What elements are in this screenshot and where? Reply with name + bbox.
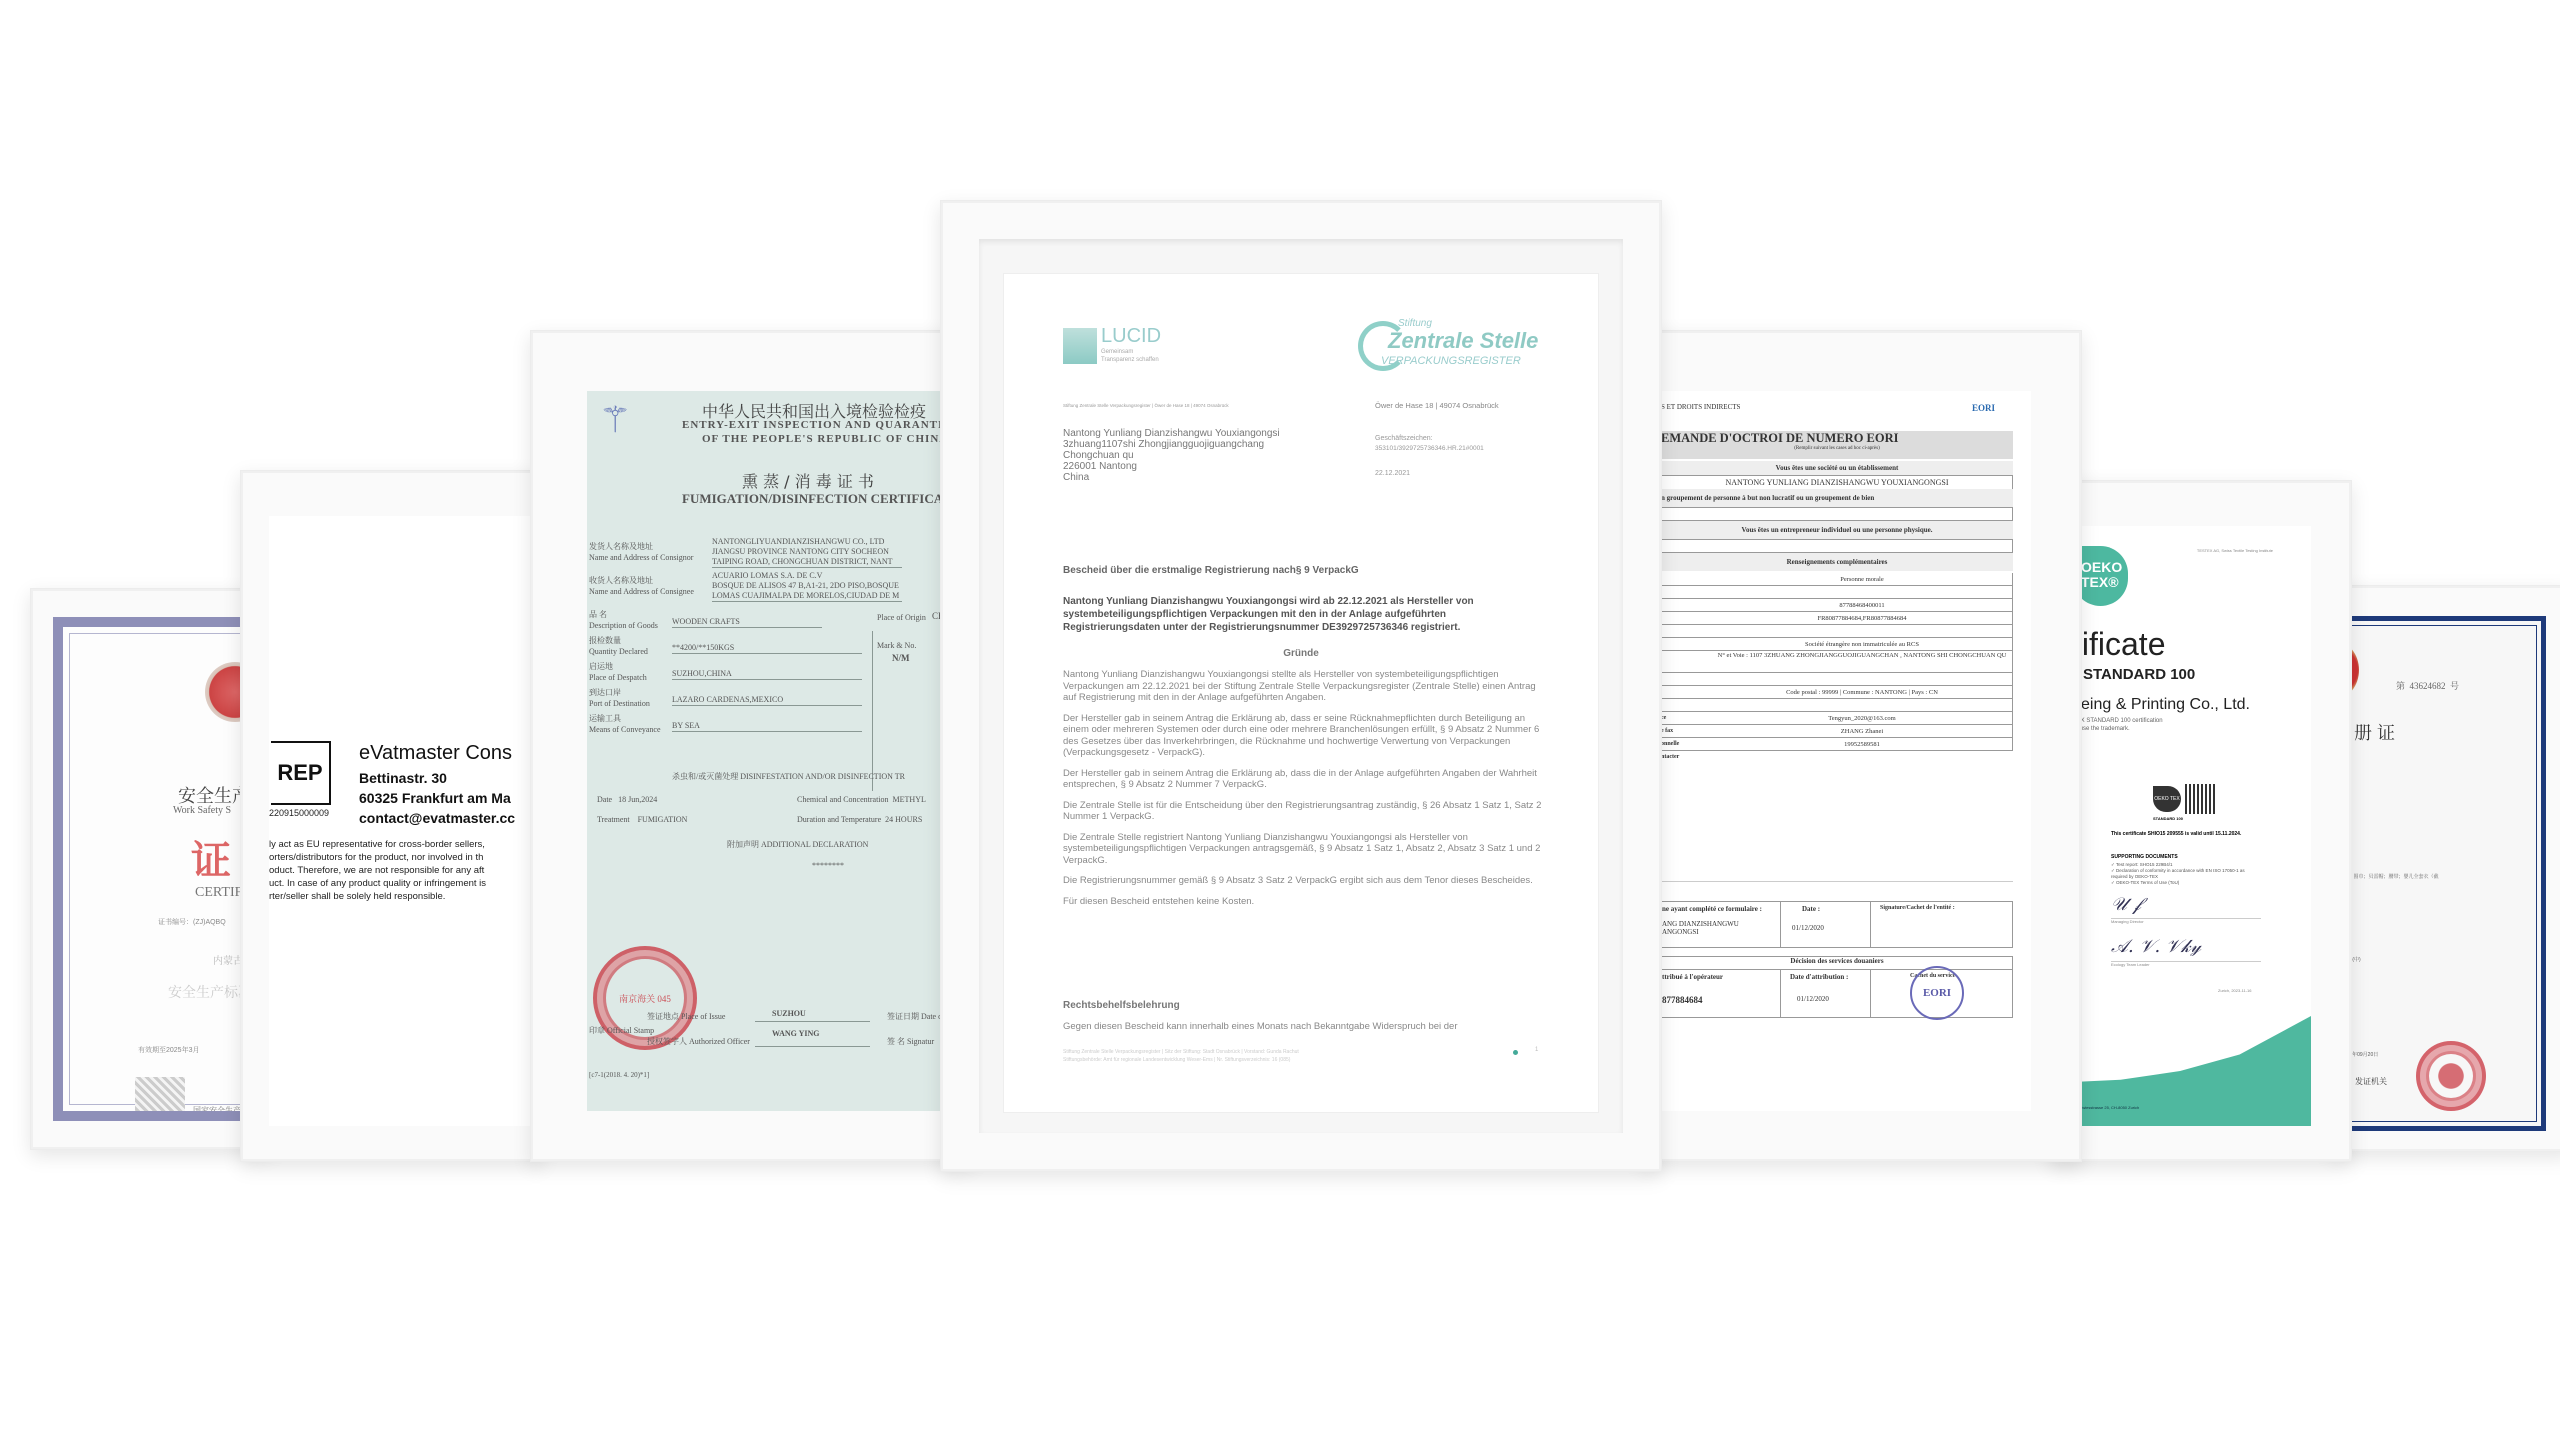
rep-disclaimer: ly act as EU representative for cross-bo… — [269, 838, 486, 903]
eori-row — [1661, 586, 2013, 599]
eori-row: Code postal : 99999 | Commune : NANTONG … — [1661, 686, 2013, 699]
address-line: China — [1063, 472, 1280, 483]
trademark-issuer: 发证机关 — [2355, 1076, 2387, 1087]
eori-logo: EORI — [1972, 403, 1995, 413]
office-address: Öwer de Hase 18 | 49074 Osnabrück — [1375, 401, 1499, 410]
frame-oeko-tex-certificate: OEKO TEX® TESTEX AG, Swiss Textile Testi… — [2050, 480, 2352, 1162]
eori-side-label: ce — [1661, 712, 1679, 725]
field-value: BY SEA — [672, 721, 862, 732]
eu-rep-label: REP 220915000009 eVatmaster Cons Bettina… — [269, 516, 541, 1126]
field-value: ACUARIO LOMAS S.A. DE C.VBOSQUE DE ALISO… — [712, 571, 902, 602]
ref-label: Geschäftszeichen: — [1375, 435, 1433, 442]
chemical-value: METHYL — [893, 795, 926, 804]
oeko-small-standard: STANDARD 100 — [2153, 816, 2183, 821]
officer-value: WANG YING — [772, 1029, 819, 1038]
reason-paragraph: Für diesen Bescheid entstehen keine Kost… — [1063, 896, 1548, 908]
reason-paragraph: Nantong Yunliang Dianzishangwu Youxiango… — [1063, 669, 1548, 704]
oeko-footer: Bandwiesstrasse 25, CH-8050 Zurich — [2073, 1105, 2139, 1110]
frame-trademark-registration: 第 43624682 号 注 册 证 hee 25） （服装）；围巾；贝雷帽；腰… — [2330, 585, 2560, 1152]
field-value: LAZARO CARDENAS,MEXICO — [672, 695, 862, 706]
date-label: Date — [597, 795, 612, 804]
field-label-cn: 发货人名称及地址 — [589, 541, 653, 552]
qr-code-icon — [135, 1077, 185, 1121]
remedy-heading: Rechtsbehelfsbelehrung — [1063, 1000, 1180, 1011]
reason-paragraph: Der Hersteller gab in seinem Antrag die … — [1063, 713, 1548, 759]
official-stamp-label: 印章 Official Stamp — [589, 1025, 654, 1036]
field-label-en: Quantity Declared — [589, 647, 648, 656]
signature-2: 𝒜. 𝒱. 𝒱𝓀𝓎 — [2111, 936, 2201, 957]
form-code: [c7-1(2018. 4. 20)*1] — [589, 1071, 649, 1079]
field-label-en: Means of Conveyance — [589, 725, 661, 734]
tagline-line: Gemeinsam — [1101, 348, 1159, 356]
mark-value: N/M — [892, 653, 910, 663]
cert-number: 证书编号：(ZJ)AQBQ — [158, 917, 226, 927]
supporting-heading: SUPPORTING DOCUMENTS — [2111, 854, 2178, 860]
field-value: SUZHOU,CHINA — [672, 669, 862, 680]
org-en2: OF THE PEOPLE'S REPUBLIC OF CHINA — [702, 433, 948, 445]
eori-row: N° et Voie : 1107 3ZHUANG ZHONGJIANGGUOJ… — [1661, 651, 2013, 673]
eori-row: Société étrangère non immatriculée au RC… — [1661, 638, 2013, 651]
eori-row: FR80877884684,FR80877884684 — [1661, 612, 2013, 625]
field-label-en: Name and Address of Consignor — [589, 553, 693, 562]
lucid-logo: LUCID — [1101, 325, 1161, 348]
additional-declaration: 附加声明 ADDITIONAL DECLARATION — [727, 839, 868, 850]
eori-stamp: EORI — [1910, 966, 1964, 1020]
supporting-list: ✓ Test report: SHO15 229B4/1✓ Declaratio… — [2111, 862, 2251, 886]
supporting-item: ✓ OEKO-TEX Terms of Use (ToU) — [2111, 880, 2251, 886]
eori-number: 877884684 — [1662, 995, 1703, 1005]
eori-application: S ET DROITS INDIRECTS EORI EMANDE D'OCTR… — [1661, 391, 2031, 1111]
eori-row: 87788468400011 — [1661, 599, 2013, 612]
disclaimer-line: orters/distributors for the product, nor… — [269, 851, 486, 864]
reasons-heading: Gründe — [1003, 648, 1599, 659]
title-cn: 熏 蒸 / 消 毒 证 书 — [742, 469, 874, 492]
place-issue-label: 签证地点 Place of Issue — [647, 1011, 725, 1022]
remedy-text: Gegen diesen Bescheid kann innerhalb ein… — [1063, 1021, 1458, 1032]
cnipa-stamp-icon — [2416, 1041, 2486, 1111]
form-filler-table: ne ayant complété ce formulaire : ANG DI… — [1661, 901, 2013, 948]
sender-line: Stiftung Zentrale Stelle Verpackungsregi… — [1063, 403, 1229, 408]
treatment-label: Treatment — [597, 815, 630, 824]
tagline-line: Transparenz schaffen — [1101, 356, 1159, 364]
trademark-registration: 第 43624682 号 注 册 证 hee 25） （服装）；围巾；贝雷帽；腰… — [2331, 616, 2546, 1131]
eori-header: S ET DROITS INDIRECTS — [1661, 403, 1740, 411]
org-en1: ENTRY-EXIT INSPECTION AND QUARANTIN — [682, 419, 952, 431]
duration-label: Duration and Temperature — [797, 815, 881, 824]
field-label-en: Place of Despatch — [589, 673, 647, 682]
cert-word: CERTIF — [195, 885, 242, 901]
signer2-role: Ecology Team Leader — [2111, 961, 2261, 967]
valid-text: This certificate SHIO15 209555 is valid … — [2111, 831, 2251, 837]
date-value: 18 Jun,2024 — [618, 795, 657, 804]
disclaimer-line: ly act as EU representative for cross-bo… — [269, 838, 486, 851]
eori-side-label: onnelle — [1661, 738, 1679, 751]
address-line: Chongchuan qu — [1063, 450, 1280, 461]
oeko-subline1: TEX STANDARD 100 certification — [2073, 718, 2163, 724]
address-line: Nantong Yunliang Dianzishangwu Youxiango… — [1063, 428, 1280, 439]
zsvr-logo-main: Zentrale Stelle — [1388, 328, 1538, 354]
field-label-cn: 报检数量 — [589, 635, 621, 646]
field-label-en: Port of Destination — [589, 699, 650, 708]
cert-title-en: Work Safety S — [173, 805, 231, 816]
eori-section3: Vous êtes un entrepreneur individuel ou … — [1661, 521, 2013, 539]
qr-code-icon — [2185, 784, 2215, 814]
rep-company: eVatmaster Cons — [359, 742, 512, 765]
work-safety-certificate: 安全生产 Work Safety S 证 CERTIF 证书编号：(ZJ)AQB… — [53, 617, 271, 1121]
cert-big-char: 证 — [191, 829, 231, 886]
ref-value: 353101/3929725736346.HR.21#0001 — [1375, 445, 1484, 452]
eori-row — [1661, 699, 2013, 712]
address-line: 226001 Nantong — [1063, 461, 1280, 472]
inspection-emblem-icon: ⚚ — [599, 399, 631, 441]
institute: TESTEX AG, Swiss Textile Testing Institu… — [2173, 548, 2273, 553]
field-label-cn: 运输工具 — [589, 713, 621, 724]
address-line: 3zhuang1107shi Zhongjiangguojiguangchang — [1063, 439, 1280, 450]
declaration-stars: ******** — [812, 861, 844, 870]
footer-line: Stiftung Zentrale Stelle Verpackungsregi… — [1063, 1048, 1299, 1056]
eori-title: EMANDE D'OCTROI DE NUMERO EORI(Remplir s… — [1661, 431, 2013, 459]
mark-label: Mark & No. — [877, 641, 916, 650]
eori-company: NANTONG YUNLIANG DIANZISHANGWU YOUXIANGO… — [1661, 475, 2013, 490]
frame-zentrale-stelle-registration: LUCID GemeinsamTransparenz schaffen Stif… — [940, 200, 1662, 1172]
reason-paragraph: Die Registrierungsnummer gemäß § 9 Absat… — [1063, 875, 1548, 887]
field-value: WOODEN CRAFTS — [672, 617, 822, 628]
signature-1: 𝒰 𝒻 — [2111, 894, 2141, 915]
attribution-date: 01/12/2020 — [1797, 995, 1829, 1003]
rep-street: Bettinastr. 30 — [359, 770, 447, 786]
eori-row: Tengyun_2020@163.com — [1661, 712, 2013, 725]
supporting-item: ✓ Declaration of conformity in accordanc… — [2111, 868, 2251, 880]
letter-date: 22.12.2021 — [1375, 470, 1410, 477]
field-label-cn: 收货人名称及地址 — [589, 575, 653, 586]
footer-dot-icon — [1513, 1050, 1518, 1055]
eori-row: Personne morale — [1661, 573, 2013, 586]
eori-row — [1661, 625, 2013, 638]
title-en: FUMIGATION/DISINFECTION CERTIFICA — [682, 491, 943, 507]
fumigation-certificate: ⚚ 中华人民共和国出入境检验检疫 ENTRY-EXIT INSPECTION A… — [587, 391, 971, 1111]
place-issue-value: SUZHOU — [772, 1009, 806, 1018]
rep-city: 60325 Frankfurt am Ma — [359, 790, 511, 806]
eori-side-label: ntacter — [1661, 751, 1679, 764]
treatment-heading: 杀虫和/或灭菌处理 DISINFESTATION AND/OR DISINFEC… — [672, 771, 905, 782]
eori-section2: n groupement de personne à but non lucra… — [1661, 489, 2013, 507]
eori-row: 19952589581 — [1661, 738, 2013, 751]
oeko-tex-certificate: OEKO TEX® TESTEX AG, Swiss Textile Testi… — [2073, 526, 2311, 1126]
eori-row — [1661, 673, 2013, 686]
disclaimer-line: uct. In case of any product quality or i… — [269, 877, 486, 890]
reason-paragraph: Der Hersteller gab in seinem Antrag die … — [1063, 768, 1548, 791]
field-label-cn: 启运地 — [589, 661, 613, 672]
treatment-value: FUMIGATION — [638, 815, 688, 824]
officer-label: 授权签字人 Authorized Officer — [647, 1036, 750, 1047]
oeko-company: yeing & Printing Co., Ltd. — [2073, 696, 2250, 714]
eori-section4: Renseignements complémentaires — [1661, 553, 2013, 571]
field-label-cn: 品 名 — [589, 609, 607, 620]
subject: Bescheid über die erstmalige Registrieru… — [1063, 565, 1359, 576]
frame-work-safety-certificate: 安全生产 Work Safety S 证 CERTIF 证书编号：(ZJ)AQB… — [30, 588, 272, 1150]
oeko-title: tificate — [2073, 626, 2165, 663]
field-label-cn: 到达口岸 — [589, 687, 621, 698]
zsvr-logo-sub: VERPACKUNGSREGISTER — [1381, 355, 1521, 367]
lucid-tagline: GemeinsamTransparenz schaffen — [1101, 348, 1159, 364]
signature-label: 签 名 Signatur — [887, 1036, 934, 1047]
field-value: **4200/**150KGS — [672, 643, 862, 654]
page-footer: Stiftung Zentrale Stelle Verpackungsregi… — [1063, 1048, 1299, 1064]
form-date: 01/12/2020 — [1792, 924, 1824, 932]
frame-eori-application: S ET DROITS INDIRECTS EORI EMANDE D'OCTR… — [1640, 330, 2082, 1162]
eori-section1: Vous êtes une société ou un établissemen… — [1661, 461, 2013, 475]
trademark-number: 43624682 — [2410, 681, 2446, 691]
place-date: Zurich, 2023-11-16 — [2218, 988, 2252, 993]
reasons-paragraphs: Nantong Yunliang Dianzishangwu Youxiango… — [1063, 669, 1548, 916]
oeko-small-badge: OEKO TEX — [2153, 786, 2181, 812]
disclaimer-line: oduct. Therefore, we are not responsible… — [269, 864, 486, 877]
cert-valid: 有效期至2025年3月 — [138, 1045, 199, 1055]
recipient-address: Nantong Yunliang Dianzishangwu Youxiango… — [1063, 428, 1280, 483]
eori-side-label: e fax — [1661, 725, 1679, 738]
zentrale-stelle-registration: LUCID GemeinsamTransparenz schaffen Stif… — [1003, 273, 1599, 1113]
field-label-en: Description of Goods — [589, 621, 658, 630]
rep-code: 220915000009 — [269, 808, 329, 818]
origin-label: Place of Origin — [877, 613, 926, 622]
duration-value: 24 HOURS — [885, 815, 922, 824]
field-label-en: Name and Address of Consignee — [589, 587, 694, 596]
rep-box: REP — [271, 741, 331, 805]
rep-email: contact@evatmaster.cc — [359, 810, 515, 826]
signer1-role: Managing Director — [2111, 918, 2261, 924]
disclaimer-line: rter/seller shall be solely held respons… — [269, 890, 486, 903]
eori-row: ZHANG Zhanei — [1661, 725, 2013, 738]
page-number: 1 — [1535, 1047, 1538, 1053]
frame-fumigation-certificate: ⚚ 中华人民共和国出入境检验检疫 ENTRY-EXIT INSPECTION A… — [530, 330, 972, 1162]
frame-eu-rep-label: REP 220915000009 eVatmaster Cons Bettina… — [240, 470, 542, 1162]
lucid-logo-icon — [1063, 328, 1097, 364]
oeko-standard: STANDARD 100 — [2083, 666, 2195, 683]
footer-line: Stiftungsbehörde: Amt für regionale Land… — [1063, 1056, 1299, 1064]
field-value: NANTONGLIYUANDIANZISHANGWU CO., LTDJIANG… — [712, 537, 902, 568]
reason-paragraph: Die Zentrale Stelle registriert Nantong … — [1063, 832, 1548, 867]
reason-paragraph: Die Zentrale Stelle ist für die Entschei… — [1063, 800, 1548, 823]
tenor: Nantong Yunliang Dianzishangwu Youxiango… — [1063, 595, 1543, 634]
chemical-label: Chemical and Concentration — [797, 795, 889, 804]
